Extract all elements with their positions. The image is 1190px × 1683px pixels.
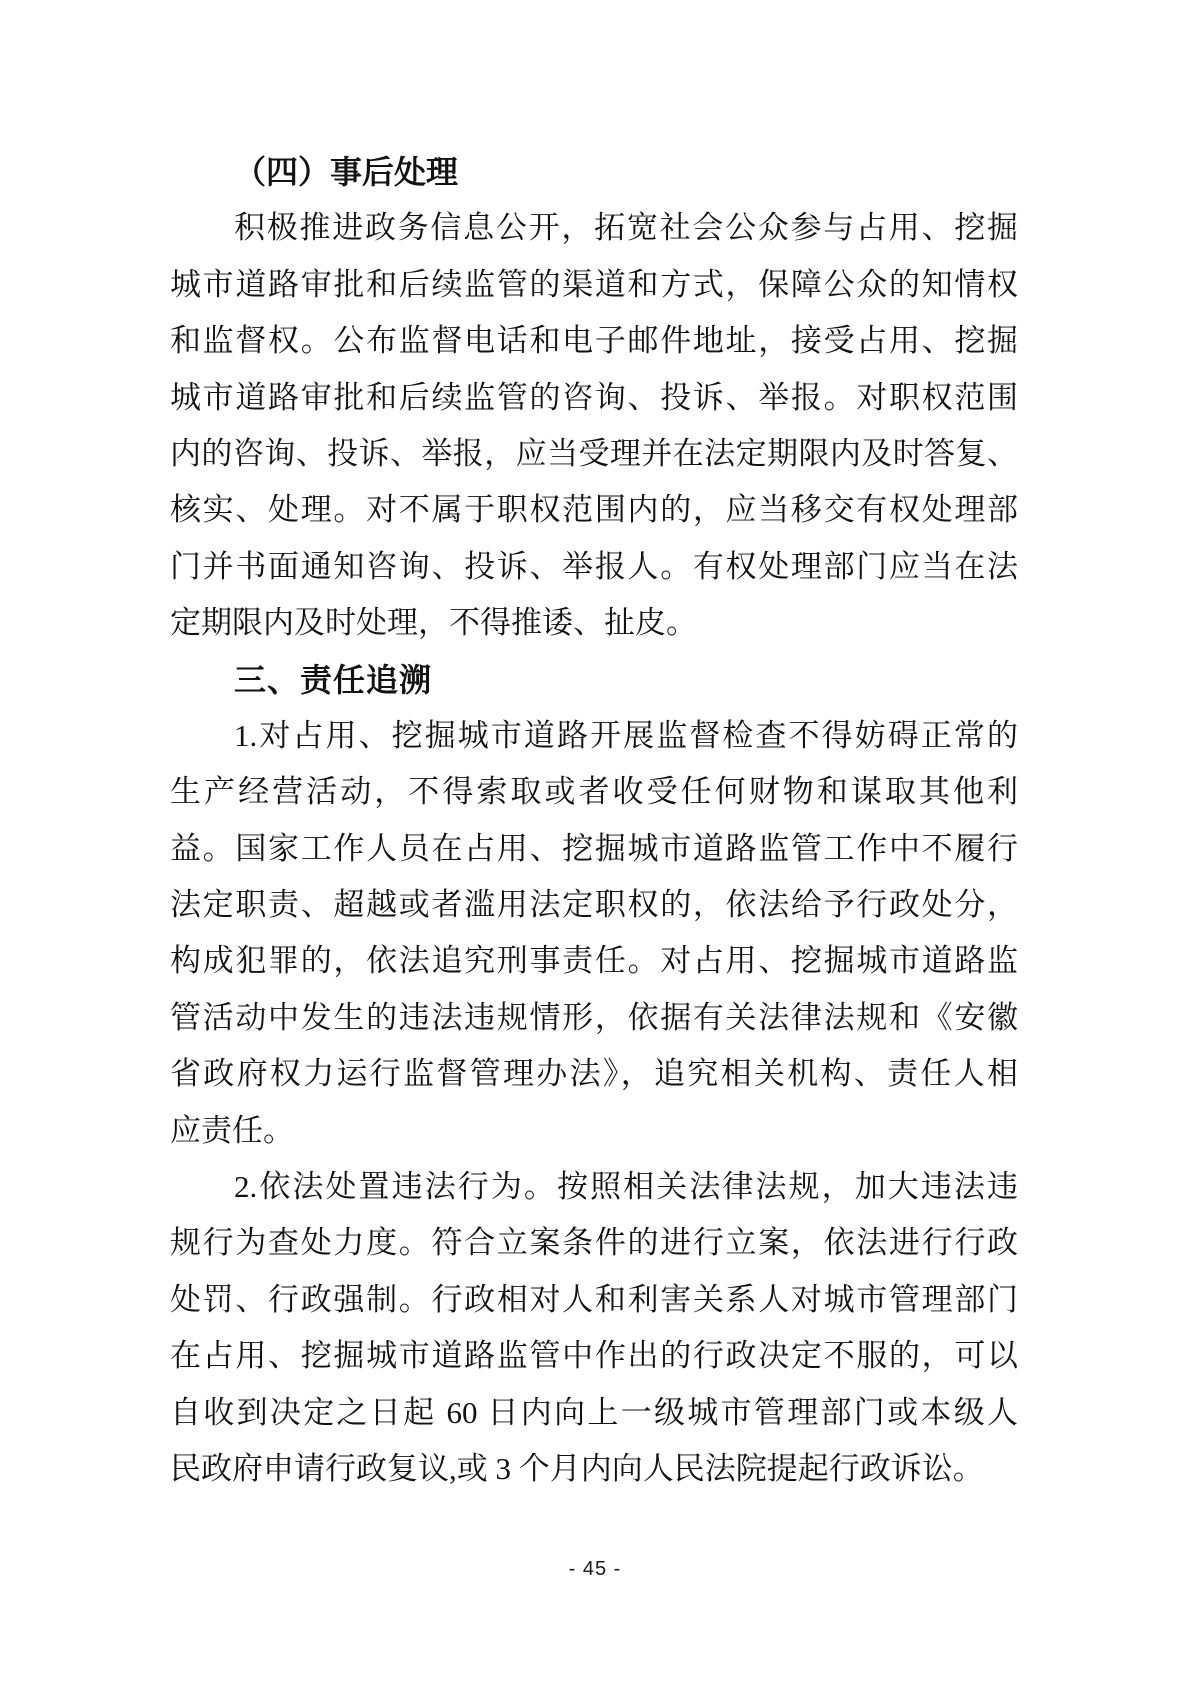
document-page: （四）事后处理积极推进政务信息公开，拓宽社会公众参与占用、挖掘城市道路审批和后续… [0, 0, 1190, 1683]
text-line: 应责任。 [170, 1103, 1018, 1159]
section-heading-responsibility: 三、责任追溯 [170, 652, 1018, 708]
text-line: 管活动中发生的违法违规情形，依据有关法律法规和《安徽 [170, 990, 1018, 1046]
text-line: 构成犯罪的，依法追究刑事责任。对占用、挖掘城市道路监 [170, 933, 1018, 989]
text-line: 法定职责、超越或者滥用法定职权的，依法给予行政处分， [170, 877, 1018, 933]
page-number: - 45 - [569, 1558, 622, 1580]
heading-line: （四）事后处理 [170, 144, 1018, 200]
text-line: 城市道路审批和后续监管的渠道和方式，保障公众的知情权 [170, 257, 1018, 313]
text-line: 处罚、行政强制。行政相对人和利害关系人对城市管理部门 [170, 1272, 1018, 1328]
text-line: 内的咨询、投诉、举报，应当受理并在法定期限内及时答复、 [170, 426, 1018, 482]
text-line: 民政府申请行政复议,或 3 个月内向人民法院提起行政诉讼。 [170, 1441, 1018, 1497]
text-line: 省政府权力运行监督管理办法》，追究相关机构、责任人相 [170, 1046, 1018, 1102]
text-line: 规行为查处力度。符合立案条件的进行立案，依法进行行政 [170, 1215, 1018, 1271]
text-line: 门并书面通知咨询、投诉、举报人。有权处理部门应当在法 [170, 539, 1018, 595]
text-line: 和监督权。公布监督电话和电子邮件地址，接受占用、挖掘 [170, 313, 1018, 369]
text-line: 生产经营活动，不得索取或者收受任何财物和谋取其他利 [170, 764, 1018, 820]
text-line: 1.对占用、挖掘城市道路开展监督检查不得妨碍正常的 [170, 708, 1018, 764]
text-line: 益。国家工作人员在占用、挖掘城市道路监管工作中不履行 [170, 821, 1018, 877]
text-line: 定期限内及时处理，不得推诿、扯皮。 [170, 595, 1018, 651]
text-line: 积极推进政务信息公开，拓宽社会公众参与占用、挖掘 [170, 200, 1018, 256]
paragraph-responsibility-2: 2.依法处置违法行为。按照相关法律法规，加大违法违规行为查处力度。符合立案条件的… [170, 1159, 1018, 1497]
text-line: 核实、处理。对不属于职权范围内的，应当移交有权处理部 [170, 482, 1018, 538]
section-heading-aftercare: （四）事后处理 [170, 144, 1018, 200]
text-line: 自收到决定之日起 60 日内向上一级城市管理部门或本级人 [170, 1385, 1018, 1441]
heading-line: 三、责任追溯 [170, 652, 1018, 708]
document-body: （四）事后处理积极推进政务信息公开，拓宽社会公众参与占用、挖掘城市道路审批和后续… [170, 144, 1018, 1497]
text-line: 2.依法处置违法行为。按照相关法律法规，加大违法违 [170, 1159, 1018, 1215]
text-line: 城市道路审批和后续监管的咨询、投诉、举报。对职权范围 [170, 370, 1018, 426]
paragraph-aftercare: 积极推进政务信息公开，拓宽社会公众参与占用、挖掘城市道路审批和后续监管的渠道和方… [170, 200, 1018, 651]
text-line: 在占用、挖掘城市道路监管中作出的行政决定不服的，可以 [170, 1328, 1018, 1384]
paragraph-responsibility-1: 1.对占用、挖掘城市道路开展监督检查不得妨碍正常的生产经营活动，不得索取或者收受… [170, 708, 1018, 1159]
page-footer: - 45 - [0, 1558, 1190, 1581]
